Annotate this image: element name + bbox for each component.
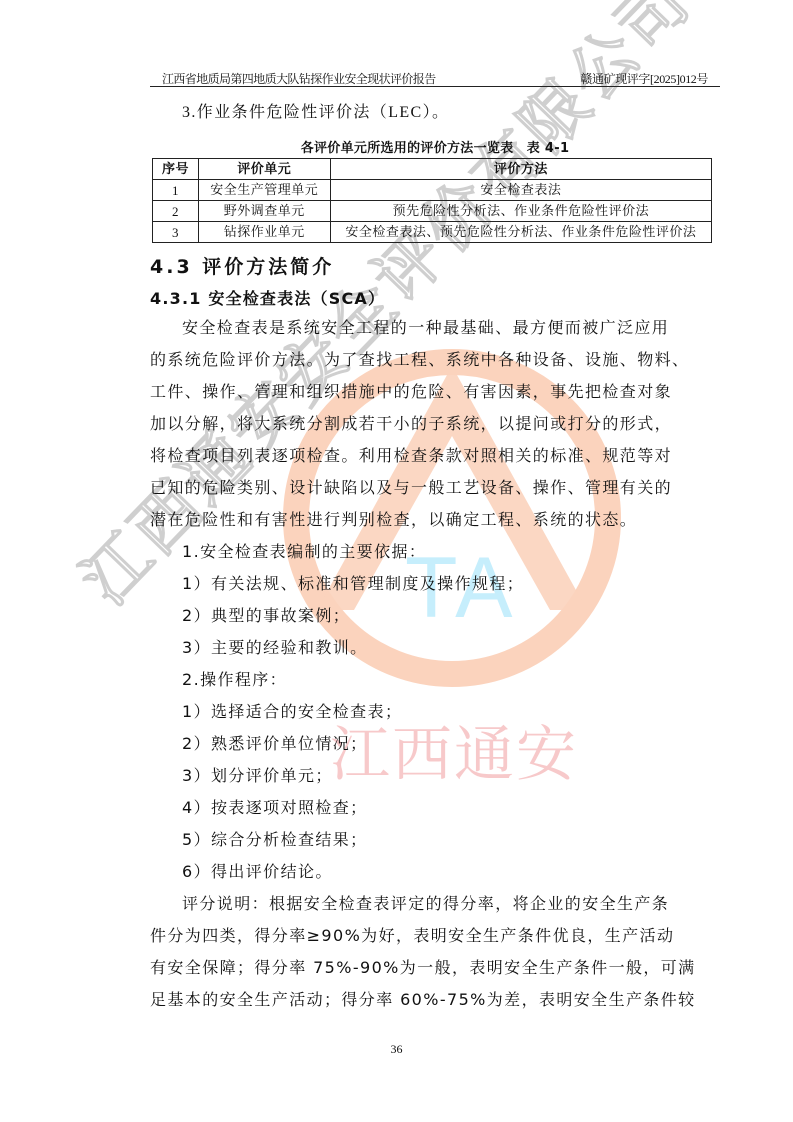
table-cell: 安全生产管理单元 [198, 180, 330, 201]
list-item: 5）综合分析检查结果； [182, 830, 368, 850]
table-cell: 钻探作业单元 [198, 222, 330, 243]
list-item: 3）主要的经验和教训。 [182, 638, 368, 658]
list-item: 3）划分评价单元； [182, 766, 333, 786]
list-item: 1）有关法规、标准和管理制度及操作规程； [182, 574, 524, 594]
scoring-line: 件分为四类，得分率≥90%为好，表明安全生产条件优良，生产活动 [150, 926, 674, 946]
list-item: 1）选择适合的安全检查表； [182, 702, 402, 722]
intro-line: 3.作业条件危险性评价法（LEC）。 [182, 103, 449, 123]
document-content: 江西省地质局第四地质大队钻探作业安全现状评价报告 赣通矿现评字[2025]012… [0, 0, 793, 1122]
scoring-line: 足基本的安全生产活动；得分率 60%-75%为差，表明安全生产条件较 [150, 990, 696, 1010]
table-cell: 安全检查表法、预先危险性分析法、作业条件危险性评价法 [330, 222, 711, 243]
paragraph-line: 工件、操作、管理和组织措施中的危险、有害因素，事先把检查对象 [150, 382, 672, 402]
procedure-title: 2.操作程序： [182, 670, 287, 690]
list-item: 4）按表逐项对照检查； [182, 798, 368, 818]
paragraph-line: 将检查项目列表逐项检查。利用检查条款对照相关的标准、规范等对 [150, 446, 672, 466]
table-cell: 2 [153, 201, 199, 222]
list-item: 2）典型的事故案例； [182, 606, 350, 626]
scoring-line: 有安全保障；得分率 75%-90%为一般，表明安全生产条件一般，可满 [150, 958, 696, 978]
paragraph-line: 的系统危险评价方法。为了查找工程、系统中各种设备、设施、物料、 [150, 350, 689, 370]
table-cell: 3 [153, 222, 199, 243]
subsection-heading: 4.3.1 安全检查表法（SCA） [150, 286, 385, 309]
paragraph-line: 加以分解，将大系统分割成若干小的子系统，以提问或打分的形式， [150, 414, 672, 434]
scoring-line: 评分说明：根据安全检查表评定的得分率，将企业的安全生产条 [182, 894, 669, 914]
paragraph-line: 已知的危险类别、设计缺陷以及与一般工艺设备、操作、管理有关的 [150, 478, 672, 498]
table-cell: 安全检查表法 [330, 180, 711, 201]
page-number: 36 [0, 1042, 793, 1057]
paragraph-line: 安全检查表是系统安全工程的一种最基础、最方便而被广泛应用 [182, 318, 669, 338]
section-heading: 4.3 评价方法简介 [150, 252, 334, 279]
list-item: 6）得出评价结论。 [182, 862, 333, 882]
table-header-row: 序号 评价单元 评价方法 [153, 159, 712, 180]
page-header: 江西省地质局第四地质大队钻探作业安全现状评价报告 赣通矿现评字[2025]012… [150, 68, 720, 87]
table-row: 3 钻探作业单元 安全检查表法、预先危险性分析法、作业条件危险性评价法 [153, 222, 712, 243]
table-cell: 野外调查单元 [198, 201, 330, 222]
report-number: 赣通矿现评字[2025]012号 [580, 70, 708, 87]
table-cell: 预先危险性分析法、作业条件危险性评价法 [330, 201, 711, 222]
report-title: 江西省地质局第四地质大队钻探作业安全现状评价报告 [162, 70, 436, 87]
column-header: 评价单元 [198, 159, 330, 180]
column-header: 评价方法 [330, 159, 711, 180]
table-row: 1 安全生产管理单元 安全检查表法 [153, 180, 712, 201]
evaluation-methods-table: 序号 评价单元 评价方法 1 安全生产管理单元 安全检查表法 2 野外调查单元 … [152, 158, 712, 243]
paragraph-line: 潜在危险性和有害性进行判别检查，以确定工程、系统的状态。 [150, 510, 637, 530]
basis-title: 1.安全检查表编制的主要依据： [182, 542, 426, 562]
list-item: 2）熟悉评价单位情况； [182, 734, 368, 754]
table-row: 2 野外调查单元 预先危险性分析法、作业条件危险性评价法 [153, 201, 712, 222]
table-cell: 1 [153, 180, 199, 201]
column-header: 序号 [153, 159, 199, 180]
document-page: TA 江西通安安全评价有限公司 江西通安 江西省地质局第四地质大队钻探作业安全现… [0, 0, 793, 1122]
table-caption: 各评价单元所选用的评价方法一览表 表 4-1 [150, 137, 720, 156]
